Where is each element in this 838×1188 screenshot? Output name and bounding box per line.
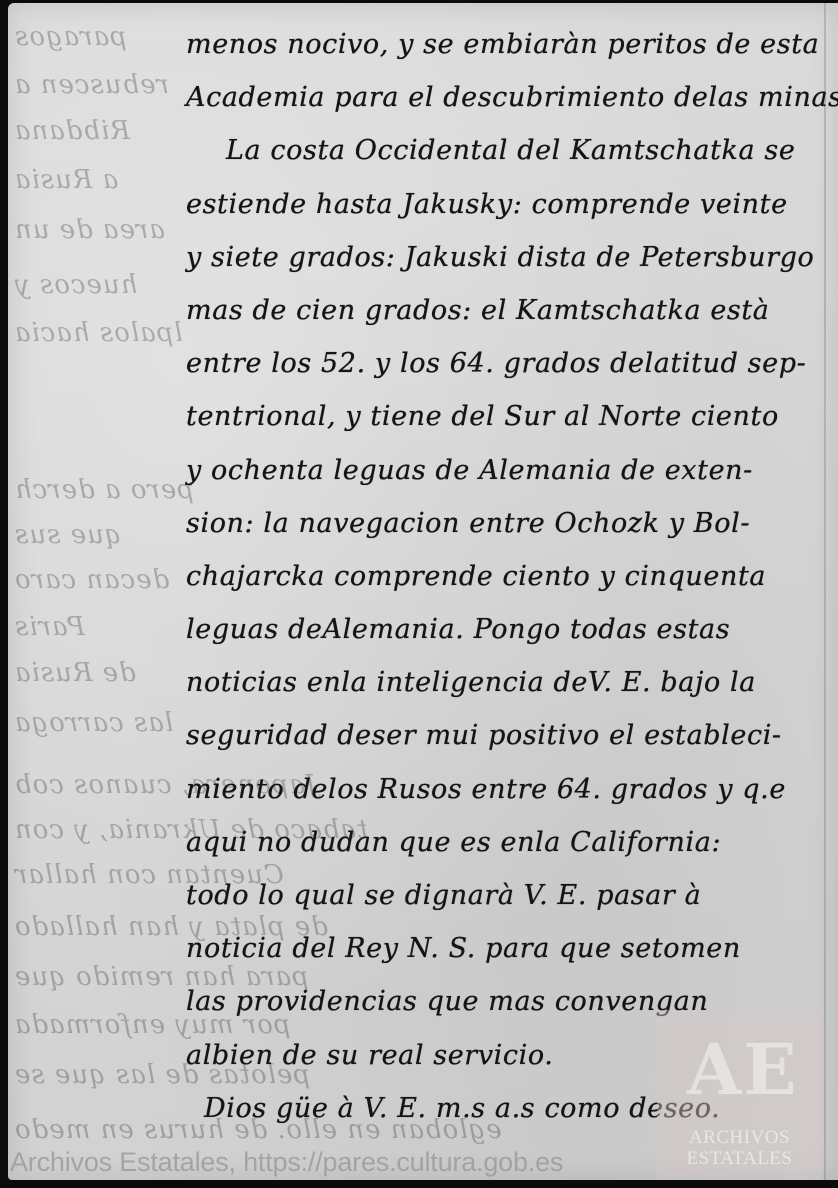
manuscript-line: miento delos Rusos entre 64. grados y q.… [186,763,826,816]
manuscript-line: menos nocivo, y se embiaràn peritos de e… [186,18,826,71]
manuscript-line: tentrional, y tiene del Sur al Norte cie… [186,390,826,443]
manuscript-line: noticia del Rey N. S. para que setomen [186,922,826,975]
manuscript-line: sion: la navegacion entre Ochozk y Bol- [186,497,826,550]
manuscript-line: seguridad deser mui positivo el establec… [186,709,826,762]
manuscript-line: estiende hasta Jakusky: comprende veinte [186,178,826,231]
manuscript-line: mas de cien grados: el Kamtschatka està [186,284,826,337]
manuscript-line: aqui no dudan que es enla California: [186,816,826,869]
watermark-name-line1: ARCHIVOS [657,1128,822,1148]
watermark-name-line2: ESTATALES [657,1149,822,1169]
manuscript-line: todo lo qual se dignarà V. E. pasar à [186,869,826,922]
manuscript-line: Academia para el descubrimiento delas mi… [186,71,826,124]
archive-watermark: AE ARCHIVOS ESTATALES [657,1010,822,1180]
manuscript-line: y ochenta leguas de Alemania de exten- [186,444,826,497]
manuscript-line: y siete grados: Jakuski dista de Petersb… [186,231,826,284]
manuscript-line: chajarcka comprende ciento y cinquenta [186,550,826,603]
source-credit: Archivos Estatales, https://pares.cultur… [10,1147,563,1178]
manuscript-text: menos nocivo, y se embiaràn peritos de e… [186,18,826,1135]
manuscript-line: La costa Occidental del Kamtschatka se [186,124,826,177]
document-scan: paragos rebuscen a Ribdana a Rusia area … [0,0,838,1188]
manuscript-line: entre los 52. y los 64. grados delatitud… [186,337,826,390]
archive-logo-icon: AE [687,1028,792,1111]
manuscript-line: noticias enla inteligencia deV. E. bajo … [186,656,826,709]
manuscript-line: leguas deAlemania. Pongo todas estas [186,603,826,656]
